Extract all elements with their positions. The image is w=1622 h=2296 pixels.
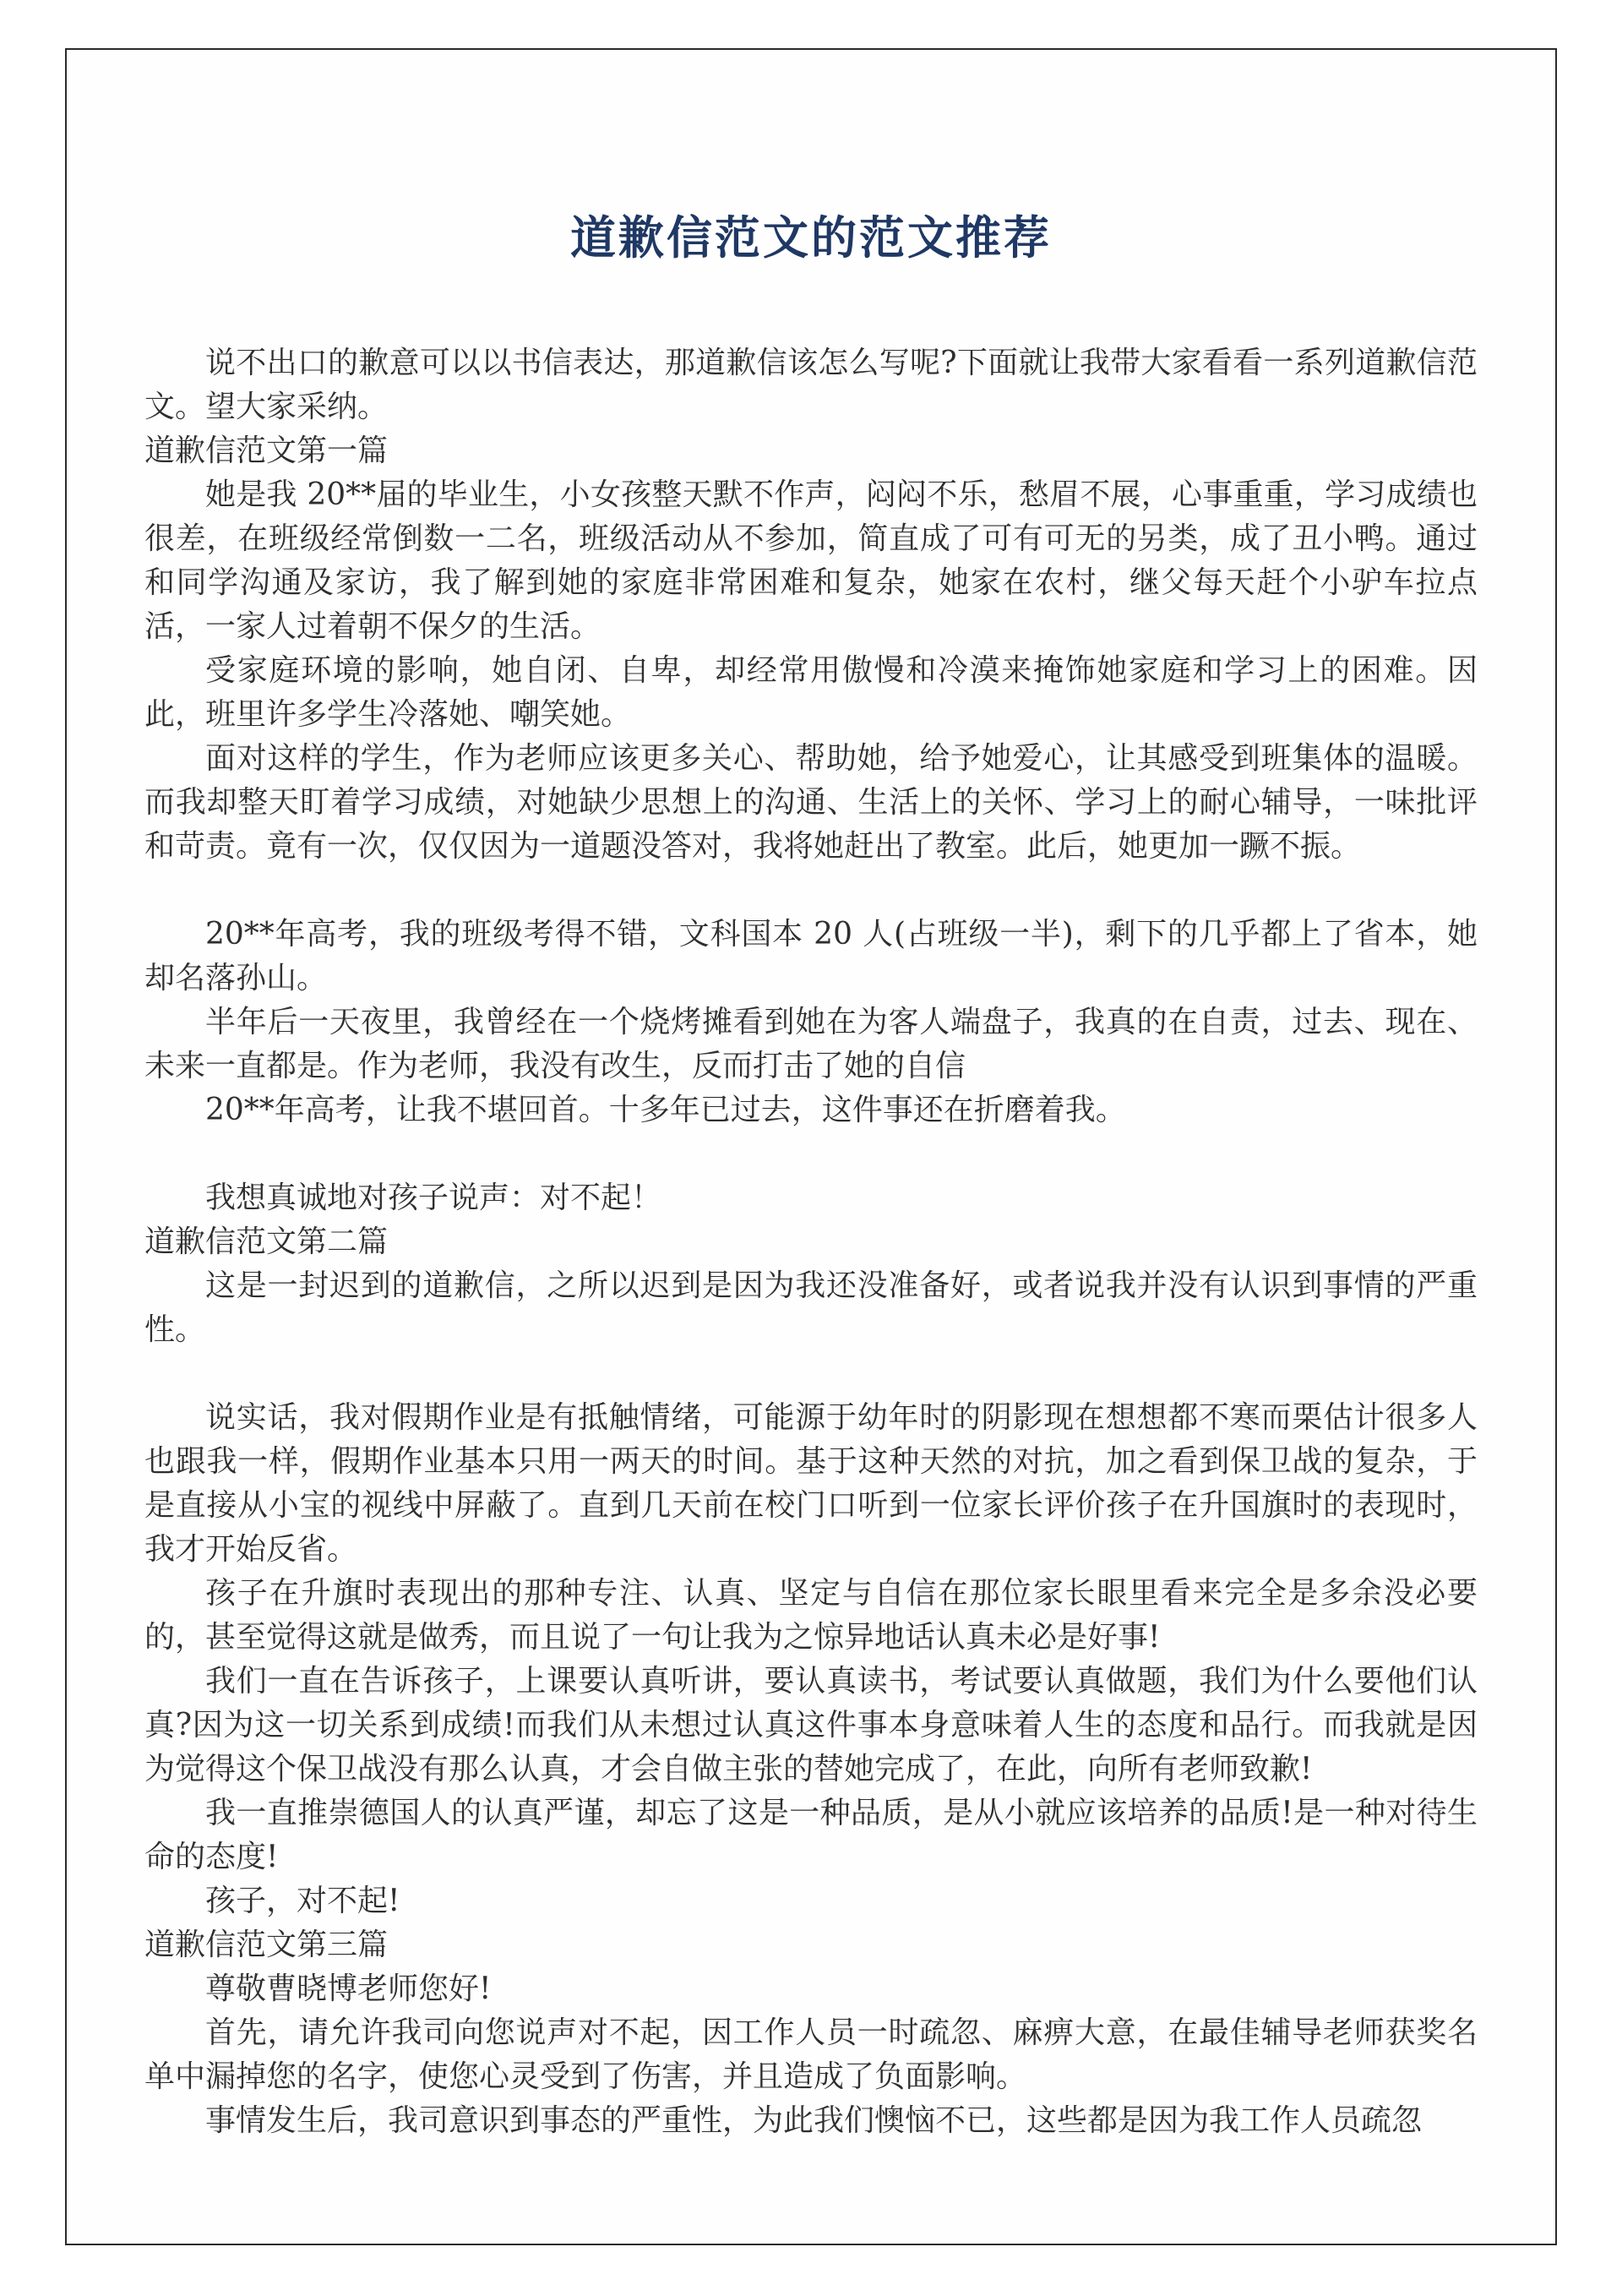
paragraph: 我想真诚地对孩子说声：对不起！ [144, 1176, 1478, 1220]
paragraph: 事情发生后，我司意识到事态的严重性，为此我们懊恼不已，这些都是因为我工作人员疏忽 [144, 2099, 1478, 2143]
paragraph: 她是我 20**届的毕业生，小女孩整天默不作声，闷闷不乐，愁眉不展，心事重重，学… [144, 473, 1478, 649]
paragraph: 20**年高考，让我不堪回首。十多年已过去，这件事还在折磨着我。 [144, 1088, 1478, 1132]
paragraph: 这是一封迟到的道歉信，之所以迟到是因为我还没准备好，或者说我并没有认识到事情的严… [144, 1264, 1478, 1352]
paragraph: 我们一直在告诉孩子，上课要认真听讲，要认真读书，考试要认真做题，我们为什么要他们… [144, 1660, 1478, 1792]
paragraph: 20**年高考，我的班级考得不错，文科国本 20 人(占班级一半)，剩下的几乎都… [144, 913, 1478, 1001]
paragraph: 孩子，对不起! [144, 1879, 1478, 1923]
document-canvas: 道歉信范文的范文推荐 说不出口的歉意可以以书信表达，那道歉信该怎么写呢?下面就让… [0, 0, 1622, 2296]
page-border: 道歉信范文的范文推荐 说不出口的歉意可以以书信表达，那道歉信该怎么写呢?下面就让… [65, 48, 1557, 2245]
paragraph: 孩子在升旗时表现出的那种专注、认真、坚定与自信在那位家长眼里看来完全是多余没必要… [144, 1572, 1478, 1660]
paragraph: 首先，请允许我司向您说声对不起，因工作人员一时疏忽、麻痹大意，在最佳辅导老师获奖… [144, 2011, 1478, 2099]
paragraph: 说实话，我对假期作业是有抵触情绪，可能源于幼年时的阴影现在想想都不寒而栗估计很多… [144, 1396, 1478, 1572]
paragraph: 受家庭环境的影响，她自闭、自卑，却经常用傲慢和冷漠来掩饰她家庭和学习上的困难。因… [144, 649, 1478, 737]
document-title: 道歉信范文的范文推荐 [67, 202, 1555, 267]
paragraph: 说不出口的歉意可以以书信表达，那道歉信该怎么写呢?下面就让我带大家看看一系列道歉… [144, 341, 1478, 429]
section-heading: 道歉信范文第二篇 [144, 1220, 1478, 1264]
section-heading: 道歉信范文第三篇 [144, 1923, 1478, 1967]
paragraph: 半年后一天夜里，我曾经在一个烧烤摊看到她在为客人端盘子，我真的在自责，过去、现在… [144, 1001, 1478, 1088]
document-body: 说不出口的歉意可以以书信表达，那道歉信该怎么写呢?下面就让我带大家看看一系列道歉… [67, 341, 1555, 2143]
paragraph: 我一直推崇德国人的认真严谨，却忘了这是一种品质，是从小就应该培养的品质!是一种对… [144, 1792, 1478, 1879]
section-heading: 道歉信范文第一篇 [144, 429, 1478, 473]
paragraph: 面对这样的学生，作为老师应该更多关心、帮助她，给予她爱心，让其感受到班集体的温暖… [144, 737, 1478, 869]
paragraph: 尊敬曹晓博老师您好! [144, 1967, 1478, 2011]
